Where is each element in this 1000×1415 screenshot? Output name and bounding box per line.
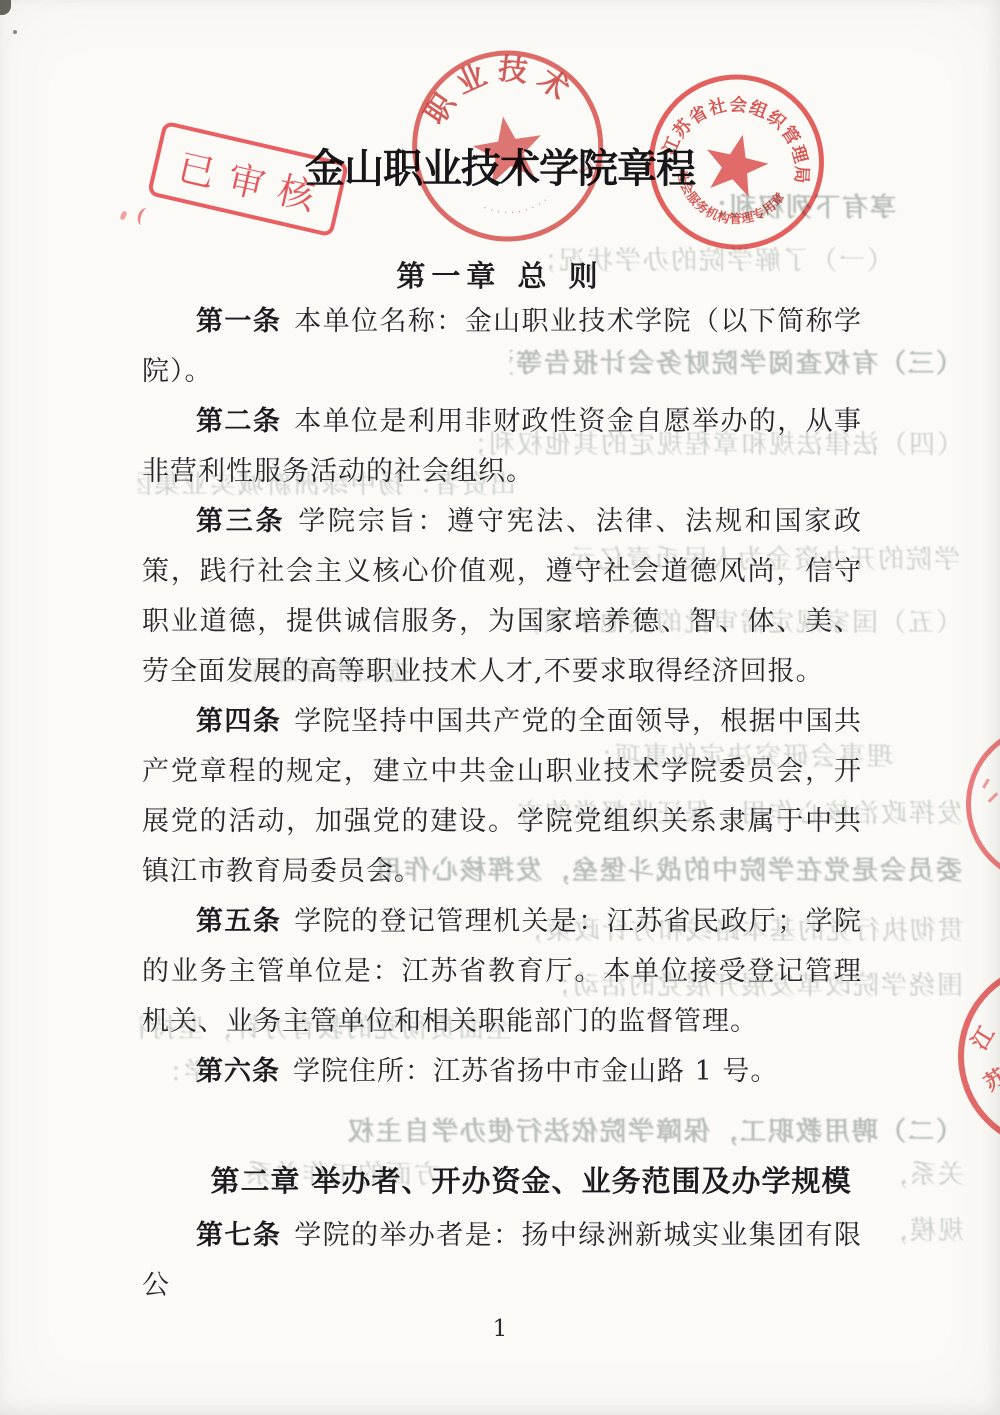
scan-corner-artifact [0,0,11,15]
scan-speck [13,30,17,34]
chapter1-heading: 第一章 总 则 [0,254,1000,295]
article-7: 第七条学院的举办者是：扬中绿洲新城实业集团有限公 [142,1211,862,1311]
article-7-label: 第七条 [196,1220,281,1251]
star-icon [699,128,774,200]
red-ink-speck [119,210,127,220]
article-5-label: 第五条 [196,906,281,937]
article-2-label: 第二条 [196,406,281,437]
star-icon [469,111,547,186]
government-seal-graphic: 江苏省社会组织管理局 社会服务机构管理专用章 [629,54,845,270]
article-2: 第二条本单位是利用非财政性资金自愿举办的，从事非营利性服务活动的社会组织。 [142,397,862,497]
college-seal-graphic: 职业技术 学 ·········· [393,32,622,261]
scanned-document-page: 享有下列权利： （一）了解学院的办学状况； （三）有权查阅学院财务会计报告等资料… [0,0,1000,1415]
article-6: 第六条学院住所：江苏省扬中市金山路 1 号。 [142,1047,862,1097]
chapter2-heading: 第二章 举办者、开办资金、业务范围及办学规模 [142,1159,862,1203]
svg-text:··········: ·········· [479,191,555,225]
article-1: 第一条本单位名称：金山职业技术学院（以下简称学院）。 [142,297,862,397]
article-6-label: 第六条 [196,1056,280,1087]
stamp-ink-fragment [136,206,154,227]
article-4-label: 第四条 [196,706,281,737]
partial-seal-upper [966,724,1000,884]
college-seal-serial: ·········· [479,191,555,225]
article-1-label: 第一条 [196,306,281,337]
article-3: 第三条学院宗旨：遵守宪法、法律、法规和国家政策，践行社会主义核心价值观，遵守社会… [142,497,862,697]
article-4: 第四条学院坚持中国共产党的全面领导，根据中国共产党章程的规定，建立中共金山职业技… [142,697,862,897]
government-seal: 江苏省社会组织管理局 社会服务机构管理专用章 [628,54,845,274]
college-seal: 职业技术 学 ·········· [393,32,622,265]
article-3-label: 第三条 [196,506,285,537]
page-number: 1 [0,1316,1000,1342]
article-6-text: 学院住所：江苏省扬中市金山路 1 号。 [293,1056,778,1087]
document-body: 第一条本单位名称：金山职业技术学院（以下简称学院）。 第二条本单位是利用非财政性… [142,297,862,1311]
partial-seal-lower [958,962,1000,1150]
article-5: 第五条学院的登记管理机关是：江苏省民政厅；学院的业务主管单位是：江苏省教育厅。本… [142,897,862,1047]
